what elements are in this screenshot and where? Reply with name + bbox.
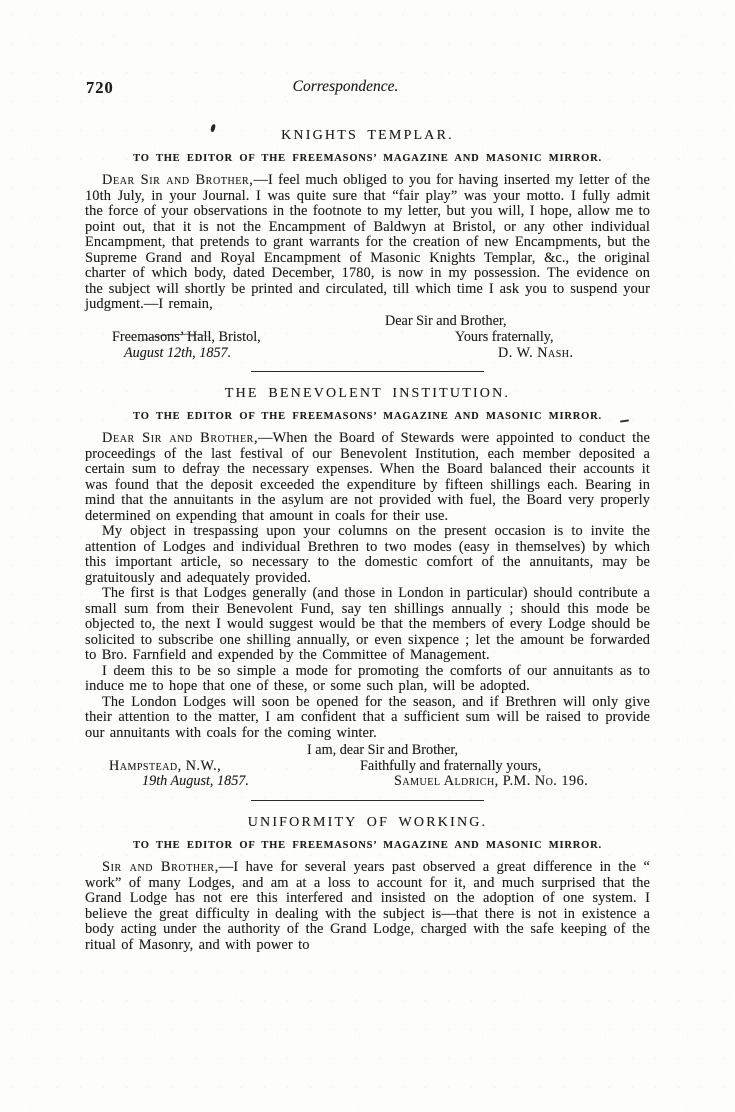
- section-divider: [251, 800, 484, 801]
- letter-closing: I am, dear Sir and Brother, Hampstead, N…: [85, 742, 650, 789]
- running-title: Correspondence.: [63, 78, 628, 96]
- letter-paragraph: The first is that Lodges generally (and …: [85, 586, 650, 664]
- closing-row: Dear Sir and Brother,: [85, 313, 650, 329]
- editor-address-line: TO THE EDITOR OF THE FREEMASONS’ MAGAZIN…: [85, 840, 650, 851]
- letter-knights-templar: KNIGHTS TEMPLAR. TO THE EDITOR OF THE FR…: [85, 128, 650, 360]
- letter-benevolent-institution: THE BENEVOLENT INSTITUTION. TO THE EDITO…: [85, 386, 650, 789]
- closing-place: Freemasons’ Hall, Bristol,: [112, 329, 261, 346]
- closing-valediction: Faithfully and fraternally yours,: [360, 758, 541, 775]
- letter-paragraph: Dear Sir and Brother,—When the Board of …: [85, 431, 650, 524]
- letter-paragraph: The London Lodges will soon be opened fo…: [85, 695, 650, 742]
- editor-address-line: TO THE EDITOR OF THE FREEMASONS’ MAGAZIN…: [85, 153, 650, 164]
- letter-title: UNIFORMITY OF WORKING.: [85, 815, 650, 831]
- letter-uniformity-of-working: UNIFORMITY OF WORKING. TO THE EDITOR OF …: [85, 815, 650, 953]
- closing-row: I am, dear Sir and Brother,: [85, 742, 650, 758]
- closing-signature: Samuel Aldrich, P.M. No. 196.: [394, 773, 588, 790]
- letter-title: THE BENEVOLENT INSTITUTION.: [85, 386, 650, 402]
- paragraph-text: —I feel much obliged to you for having i…: [85, 172, 650, 312]
- closing-row: August 12th, 1857. D. W. Nash.: [85, 345, 650, 361]
- closing-date: 19th August, 1857.: [142, 773, 249, 790]
- closing-address: Dear Sir and Brother,: [385, 313, 507, 330]
- letter-closing: Dear Sir and Brother, Freemasons’ Hall, …: [85, 313, 650, 360]
- letter-paragraph: My object in trespassing upon your colum…: [85, 524, 650, 586]
- closing-row: Hampstead, N.W., Faithfully and fraterna…: [85, 758, 650, 774]
- salutation: Dear Sir and Brother,: [102, 430, 258, 446]
- letter-paragraph: I deem this to be so simple a mode for p…: [85, 664, 650, 695]
- letter-paragraph: Dear Sir and Brother,—I feel much oblige…: [85, 173, 650, 313]
- closing-signature: D. W. Nash.: [498, 345, 574, 362]
- closing-place: Hampstead, N.W.,: [109, 758, 221, 775]
- salutation: Dear Sir and Brother,: [102, 172, 253, 188]
- closing-address: I am, dear Sir and Brother,: [307, 742, 458, 759]
- closing-valediction: Yours fraternally,: [455, 329, 554, 346]
- closing-row: Freemasons’ Hall, Bristol, Yours fratern…: [85, 329, 650, 345]
- salutation: Sir and Brother,: [102, 859, 219, 875]
- letter-title: KNIGHTS TEMPLAR.: [85, 128, 650, 144]
- editor-address-line: TO THE EDITOR OF THE FREEMASONS’ MAGAZIN…: [85, 411, 650, 422]
- section-divider: [251, 371, 484, 372]
- closing-row: 19th August, 1857. Samuel Aldrich, P.M. …: [85, 773, 650, 789]
- page-header: 720 Correspondence.: [85, 78, 650, 96]
- magazine-page: 720 Correspondence. KNIGHTS TEMPLAR. TO …: [0, 0, 735, 1112]
- closing-date: August 12th, 1857.: [124, 345, 231, 362]
- letter-paragraph: Sir and Brother,—I have for several year…: [85, 860, 650, 953]
